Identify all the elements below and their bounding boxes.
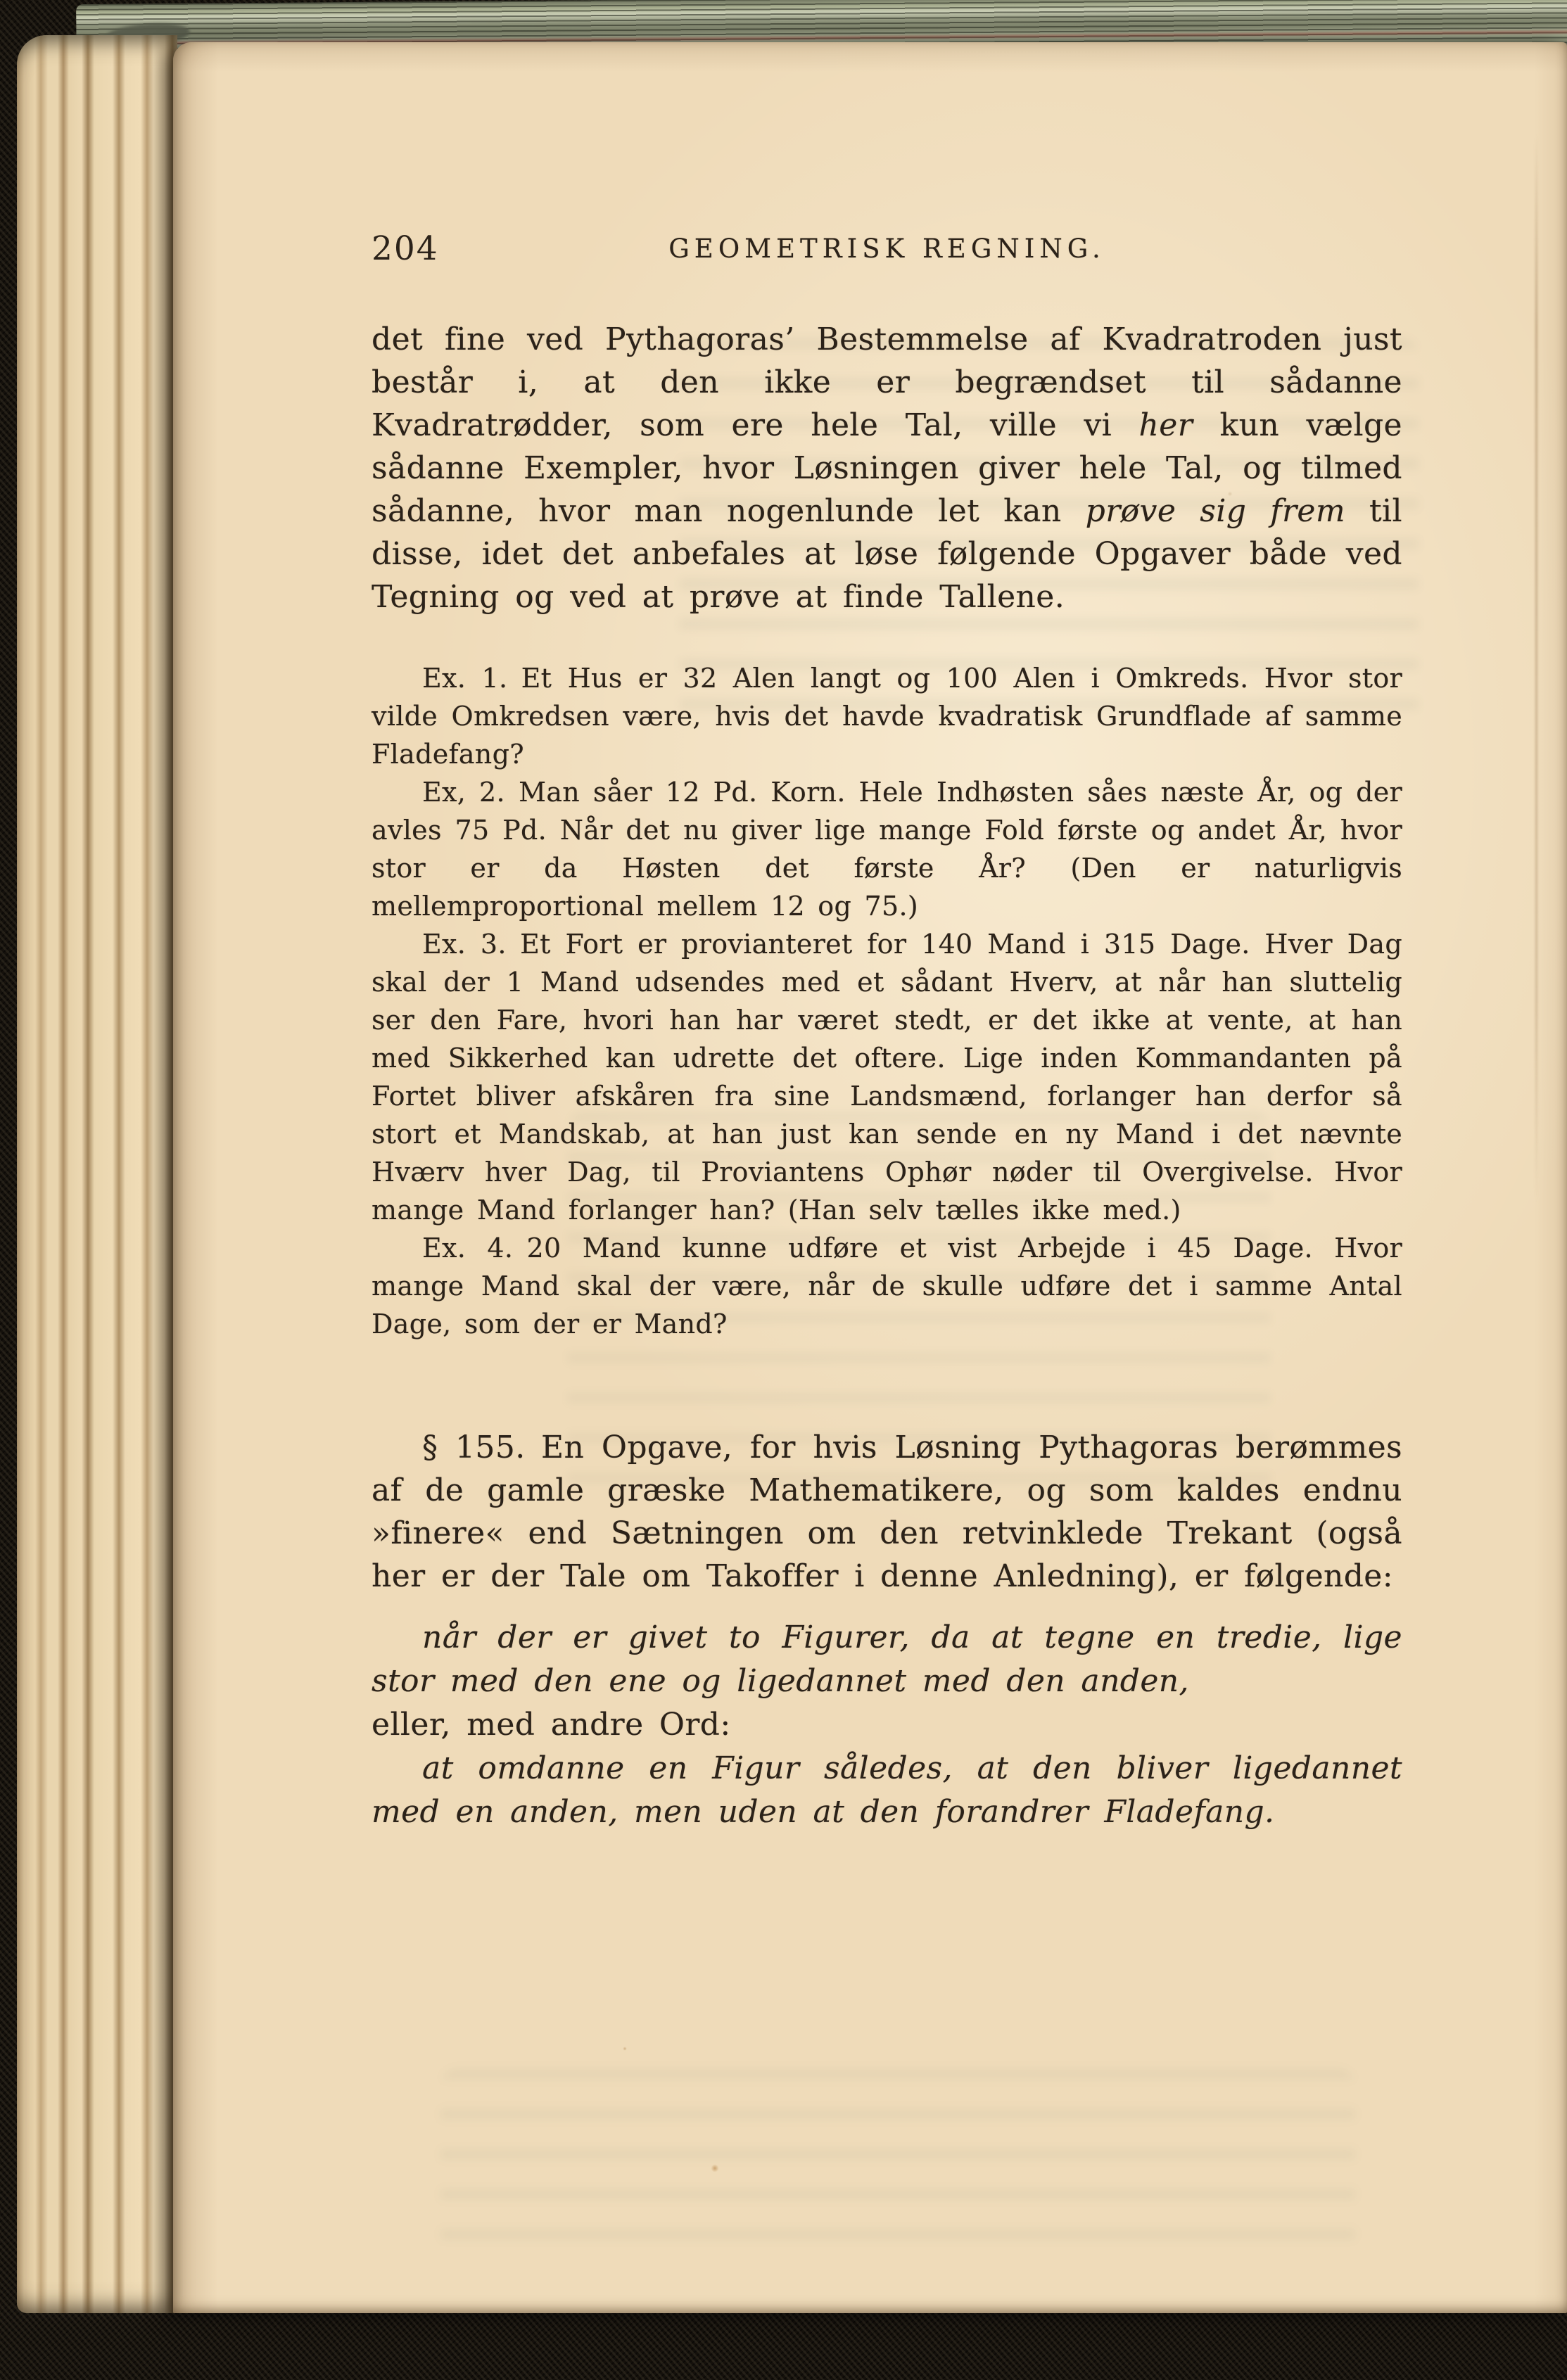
text: Ex. 4. 20 Mand kunne udføre et vist Arbe…	[372, 1233, 1402, 1339]
text: § 155. En Opgave, for hvis Løsning Pytha…	[372, 1430, 1402, 1594]
paragraph: eller, med andre Ord:	[372, 1703, 1402, 1747]
italic-text: at omdanne en Figur således, at den bliv…	[372, 1750, 1402, 1830]
paragraph: Ex. 1. Et Hus er 32 Alen langt og 100 Al…	[372, 659, 1402, 773]
paragraph: det fine ved Pythagoras’ Bestemmelse af …	[372, 318, 1402, 618]
book-page: 204 GEOMETRISK REGNING. det fine ved Pyt…	[173, 42, 1567, 2313]
page-header: 204 GEOMETRISK REGNING.	[372, 227, 1402, 269]
italic-text: når der er givet to Figurer, da at tegne…	[372, 1619, 1402, 1699]
paragraph: Ex, 2. Man såer 12 Pd. Korn. Hele Indhøs…	[372, 773, 1402, 925]
paragraph: § 155. En Opgave, for hvis Løsning Pytha…	[372, 1426, 1402, 1598]
page-crease	[1535, 134, 1537, 1203]
paragraph: at omdanne en Figur således, at den bliv…	[372, 1747, 1402, 1834]
paragraph: Ex. 4. 20 Mand kunne udføre et vist Arbe…	[372, 1229, 1402, 1343]
running-title: GEOMETRISK REGNING.	[372, 227, 1402, 264]
text: Ex. 3. Et Fort er provianteret for 140 M…	[372, 929, 1402, 1226]
italic-text: prøve sig frem	[1086, 493, 1345, 529]
text-block: det fine ved Pythagoras’ Bestemmelse af …	[372, 318, 1402, 1834]
text: Ex. 1. Et Hus er 32 Alen langt og 100 Al…	[372, 663, 1402, 770]
text: eller, med andre Ord:	[372, 1707, 731, 1743]
book-photo: 204 GEOMETRISK REGNING. det fine ved Pyt…	[0, 0, 1567, 2380]
book-left-page-edges	[17, 35, 177, 2313]
paragraph: når der er givet to Figurer, da at tegne…	[372, 1616, 1402, 1703]
paragraph: Ex. 3. Et Fort er provianteret for 140 M…	[372, 925, 1402, 1229]
italic-text: her	[1139, 407, 1193, 443]
page-number: 204	[372, 229, 439, 268]
text: Ex, 2. Man såer 12 Pd. Korn. Hele Indhøs…	[372, 777, 1402, 922]
show-through-ghost	[440, 2068, 1355, 2251]
